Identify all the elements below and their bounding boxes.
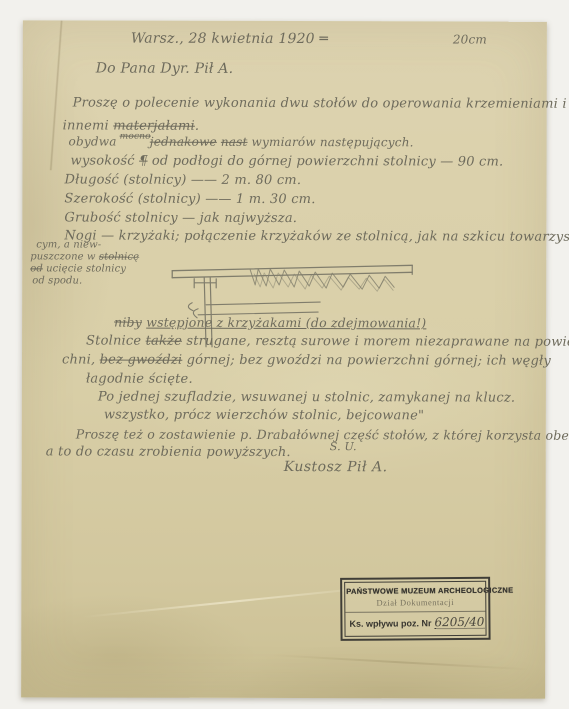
finish-line: wszystko, prócz wierzchów stolnic, bejco… — [104, 408, 424, 424]
request-line-2-pre: innemi — [63, 118, 114, 133]
paper-sheet: Warsz., 28 kwietnia 1920 ═ 20cm Do Pana … — [21, 20, 547, 698]
spec-thickness-line: Grubość stolnicy — jak najwyższa. — [64, 210, 297, 226]
spec-legs-line: Nogi — krzyżaki; połączenie krzyżaków ze… — [64, 228, 569, 244]
margin-note-line-3: od ucięcie stolnicy — [30, 263, 126, 274]
margin-note-line-1: cym, a niew- — [36, 239, 101, 250]
stamp-outer-border: PAŃSTWOWE MUZEUM ARCHEOLOGICZNE Dział Do… — [340, 577, 490, 641]
stamp-entry-label: Ks. wpływu poz. Nr — [349, 618, 431, 629]
legs-note-underlined: wstępjone z krzyżakami (do zdejmowania!) — [146, 315, 426, 331]
spec-height-pre: wysokość — [70, 153, 139, 168]
paper-crease — [82, 586, 381, 619]
stamp-institution-name: PAŃSTWOWE MUZEUM ARCHEOLOGICZNE — [345, 582, 485, 597]
surface-1-struck: także — [146, 334, 182, 349]
signature-line: Kustosz Pił A. — [284, 459, 388, 475]
scanned-document: Warsz., 28 kwietnia 1920 ═ 20cm Do Pana … — [0, 0, 569, 709]
spec-length-line: Długość (stolnicy) —— 2 m. 80 cm. — [64, 172, 301, 188]
spec-intro-pre: obydwa — [69, 134, 121, 148]
request-line-1: Proszę o polecenie wykonania dwu stołów … — [73, 95, 567, 111]
margin-note-2-pre: puszczone w — [30, 251, 99, 262]
spec-intro-struck2: nast — [221, 135, 248, 149]
cm-note: 20cm — [453, 32, 487, 46]
request-line-2-post: . — [195, 119, 199, 134]
stamp-entry-row: Ks. wpływu poz. Nr 6205/40 — [345, 612, 485, 636]
surface-2-struck: bez gwoździ — [100, 353, 183, 368]
greeting-line: Do Pana Dyr. Pił A. — [96, 61, 234, 77]
margin-note-line-4: od spodu. — [32, 275, 82, 286]
closing-line-2: a to do czasu zrobienia powyższych. — [46, 444, 291, 460]
spec-intro-line: obydwa mocnojednakowe nast wymiarów nast… — [69, 134, 414, 149]
spec-intro-post: wymiarów następujących. — [248, 135, 414, 149]
surface-line-1: Stolnice także strugane, resztą surowe i… — [86, 333, 569, 349]
paper-crease — [271, 654, 531, 670]
spec-height-struck: ¶ — [139, 154, 148, 169]
stamp-entry-number: 6205/40 — [434, 617, 484, 629]
margin-note-line-2: puszczone w stolnicę — [30, 251, 139, 262]
legs-note-struck: niby — [114, 315, 142, 330]
margin-note-3-struck: od — [30, 263, 43, 274]
surface-line-2: chni, bez gwoździ górnej; bez gwoździ na… — [62, 352, 551, 368]
margin-note-3-post: ucięcie stolnicy — [43, 263, 126, 274]
surface-2-pre: chni, — [62, 352, 100, 367]
date-line: Warsz., 28 kwietnia 1920 ═ — [131, 31, 328, 48]
drawer-line: Po jednej szufladzie, wsuwanej u stolnic… — [98, 390, 515, 406]
spec-intro-inserted: mocno — [120, 132, 151, 142]
spec-height-line: wysokość ¶ od podłogi do górnej powierzc… — [70, 153, 503, 169]
closing-line-1: Proszę też o zostawienie p. Drabałównej … — [76, 426, 569, 442]
legs-note-line: niby wstępjone z krzyżakami (do zdejmowa… — [114, 315, 426, 331]
surface-1-pre: Stolnice — [86, 333, 146, 348]
spec-height-post: od podłogi do górnej powierzchni stolnic… — [148, 154, 504, 170]
spec-width-line: Szerokość (stolnicy) —— 1 m. 30 cm. — [64, 191, 315, 207]
stamp-inner-border: PAŃSTWOWE MUZEUM ARCHEOLOGICZNE Dział Do… — [344, 581, 486, 637]
surface-1-post: strugane, resztą surowe i morem niezapra… — [182, 334, 569, 350]
surface-line-3: łagodnie ścięte. — [86, 371, 193, 386]
initials-note: S. U. — [330, 440, 357, 453]
spec-intro-struck: jednakowe — [150, 135, 217, 149]
museum-stamp: PAŃSTWOWE MUZEUM ARCHEOLOGICZNE Dział Do… — [340, 577, 490, 641]
stamp-department-name: Dział Dokumentacji — [345, 596, 485, 613]
surface-2-post: górnej; bez gwoździ na powierzchni górne… — [182, 353, 551, 369]
paper-crease — [49, 20, 63, 170]
